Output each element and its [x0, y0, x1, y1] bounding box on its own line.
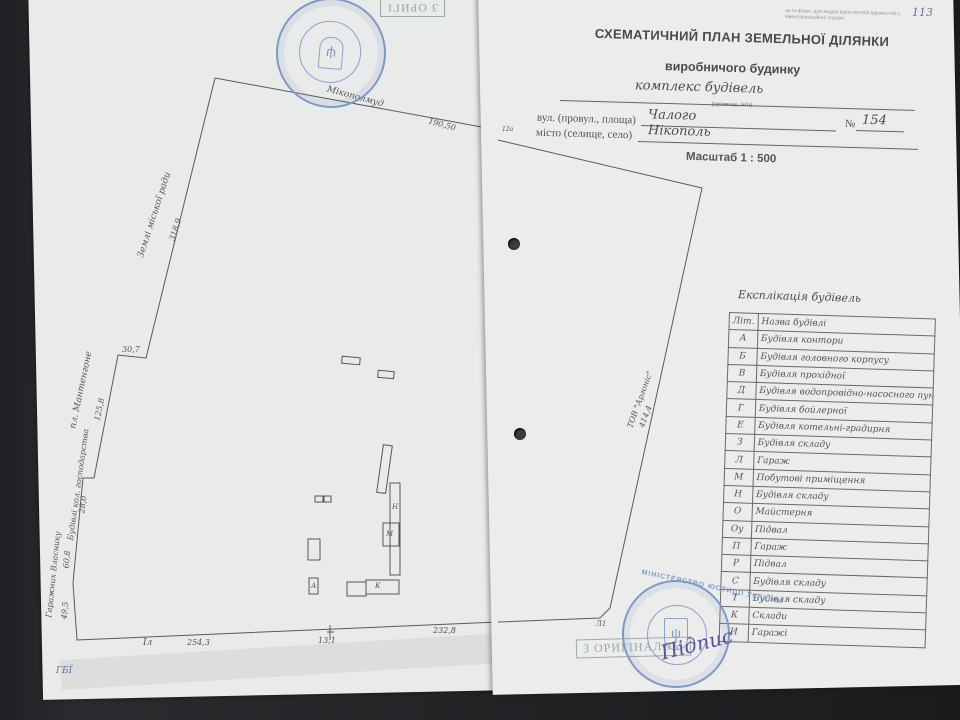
plot-label-top-right-mark: 12а	[502, 126, 513, 133]
legend-code: Г	[726, 399, 755, 417]
legend-code: О	[723, 503, 752, 521]
legend-header-code: Літ.	[729, 313, 758, 331]
legend-code: Е	[726, 416, 755, 434]
legend-code: Н	[724, 485, 753, 503]
legend-code: Р	[721, 555, 750, 573]
legend-code: Д	[727, 382, 756, 400]
legend-code: П	[722, 537, 751, 555]
legend-code: Л	[725, 451, 754, 469]
legend-code: А	[728, 330, 757, 348]
legend-code: Б	[728, 347, 757, 365]
legend-code: В	[727, 364, 756, 382]
legend-code: Оу	[722, 520, 751, 538]
legend-code: З	[725, 434, 754, 452]
legend-code: М	[724, 468, 753, 486]
plot-label-bottom-right-mark: Л1	[596, 620, 606, 628]
